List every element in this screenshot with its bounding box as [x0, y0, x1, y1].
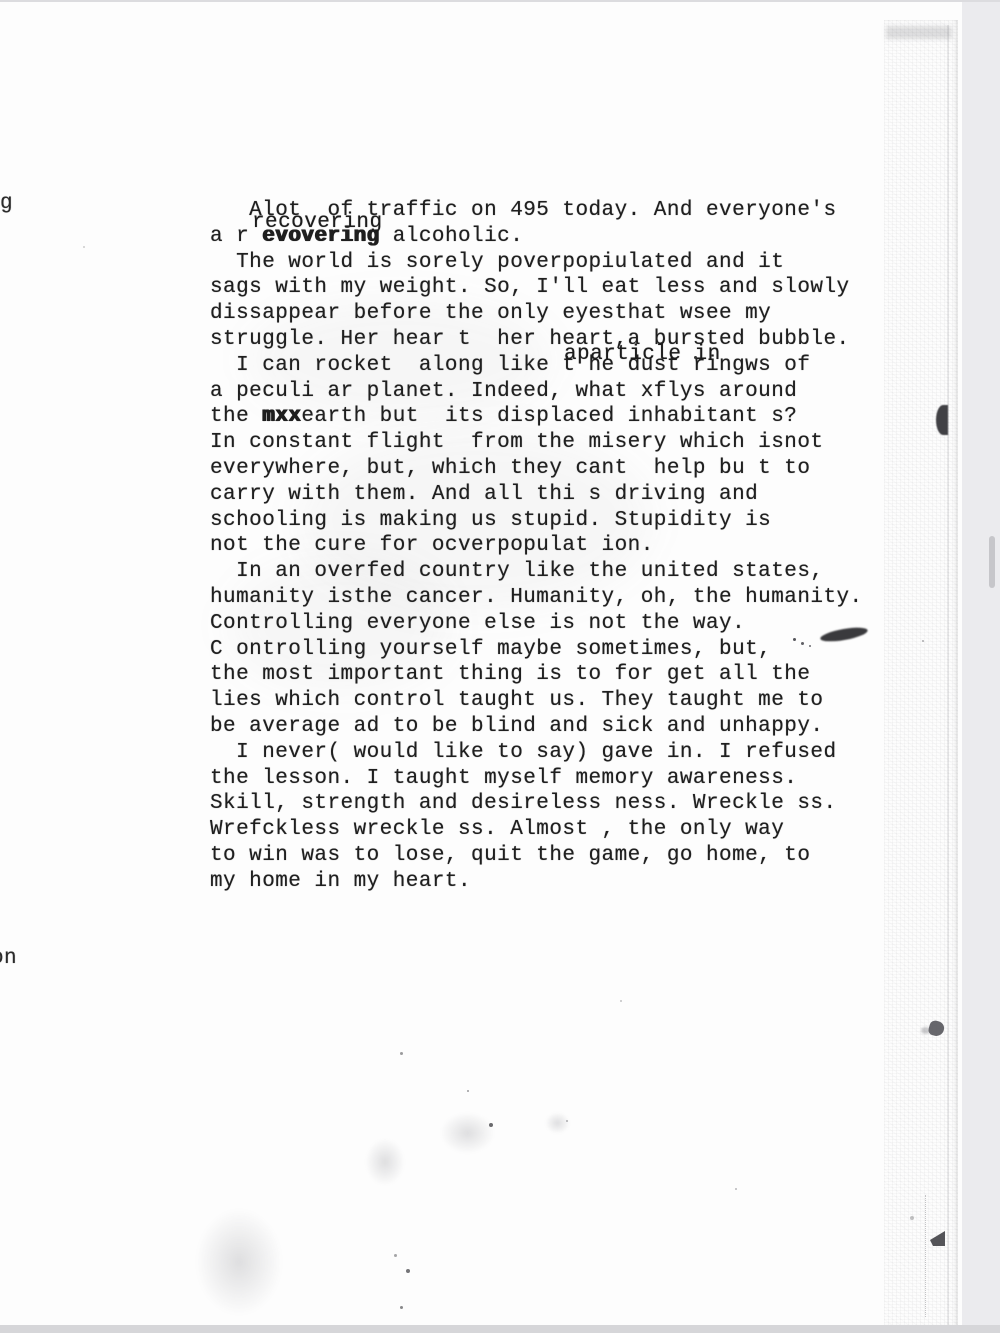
line-segment: alcoholic.: [380, 225, 524, 248]
typescript-line: lies which control taught us. They taugh…: [210, 688, 910, 714]
viewer-background: [962, 0, 1000, 1333]
line-segment: earth but its displaced inhabitant s?: [301, 405, 797, 428]
ink-dot: [809, 645, 811, 647]
page-edge-top-smear: [886, 26, 952, 39]
scan-smudge-cluster: [545, 1112, 570, 1134]
typescript-line: In an overfed country like the united st…: [210, 559, 910, 585]
typescript-body: Alot of traffic on 495 today. And everyo…: [210, 198, 910, 895]
viewer-top-border: [0, 0, 1000, 2]
page-crease-line: [925, 1195, 926, 1317]
typescript-line: the mxxearth but its displaced inhabitan…: [210, 404, 910, 430]
ink-dot: [801, 642, 804, 645]
ink-dot: [793, 638, 796, 641]
scan-speck: [394, 1254, 397, 1257]
typescript-line: not the cure for ocverpopulat ion.: [210, 533, 910, 559]
typescript-line: the lesson. I taught myself memory aware…: [210, 766, 910, 792]
scan-speck: [735, 1188, 737, 1190]
typescript-line: carry with them. And all thi s driving a…: [210, 482, 910, 508]
overstruck-word: mxx: [262, 405, 301, 428]
scan-speck: [400, 1306, 403, 1309]
scan-smudge-cluster: [365, 1138, 405, 1186]
typescript-line: humanity isthe cancer. Humanity, oh, the…: [210, 585, 910, 611]
margin-fragment-top: ng: [0, 192, 13, 215]
typescript-line: the most important thing is to for get a…: [210, 662, 910, 688]
viewer-bottom-border: [0, 1325, 1000, 1333]
page-edge-shadow-line: [947, 25, 949, 1326]
scan-speck: [467, 1090, 469, 1092]
typescript-line: Controlling everyone else is not the way…: [210, 611, 910, 637]
scan-speck: [406, 1269, 410, 1273]
typescript-line: be average ad to be blind and sick and u…: [210, 714, 910, 740]
typescript-line: a peculi ar planet. Indeed, what xflys a…: [210, 379, 910, 405]
typescript-line: schooling is making us stupid. Stupidity…: [210, 508, 910, 534]
typescript-line: everywhere, but, which they cant help bu…: [210, 456, 910, 482]
typescript-line: I never( would like to say) gave in. I r…: [210, 740, 910, 766]
scan-speck: [620, 1000, 622, 1002]
line-segment: the: [210, 405, 262, 428]
typed-correction-particle: aparticle in: [564, 343, 721, 366]
typescript-line: sags with my weight. So, I'll eat less a…: [210, 275, 910, 301]
margin-fragment-bottom: on: [0, 947, 17, 970]
typescript-line: to win was to lose, quit the game, go ho…: [210, 843, 910, 869]
typescript-line: In constant flight from the misery which…: [210, 430, 910, 456]
typescript-line: dissappear before the only eyesthat wsee…: [210, 301, 910, 327]
typescript-line: Skill, strength and desireless ness. Wre…: [210, 791, 910, 817]
typescript-line: C ontrolling yourself maybe sometimes, b…: [210, 637, 910, 663]
scan-speck: [910, 1216, 914, 1220]
typescript-line: my home in my heart.: [210, 869, 910, 895]
scan-speck: [83, 246, 85, 248]
scan-speck: [400, 1052, 403, 1055]
scan-smudge-cluster: [195, 1208, 283, 1316]
typescript-line: Wrefckless wreckle ss. Almost , the only…: [210, 817, 910, 843]
ink-dot: [694, 356, 697, 359]
ink-blob: [921, 1027, 930, 1034]
scanned-page-viewer: ng on Alot of traffic on 495 today. And …: [0, 0, 1000, 1333]
scan-speck: [922, 640, 924, 642]
typescript-line: The world is sorely poverpopiulated and …: [210, 250, 910, 276]
typescript-line: struggle. Her hear t her heart,a bursted…: [210, 327, 910, 353]
scrollbar-thumb[interactable]: [989, 536, 995, 588]
scan-smudge-cluster: [440, 1112, 495, 1154]
page-edge-ink-blob: [936, 405, 948, 435]
typescript-line: I can rocket along like t he dust ringws…: [210, 353, 910, 379]
typed-correction-recovering: recovering: [252, 211, 383, 234]
